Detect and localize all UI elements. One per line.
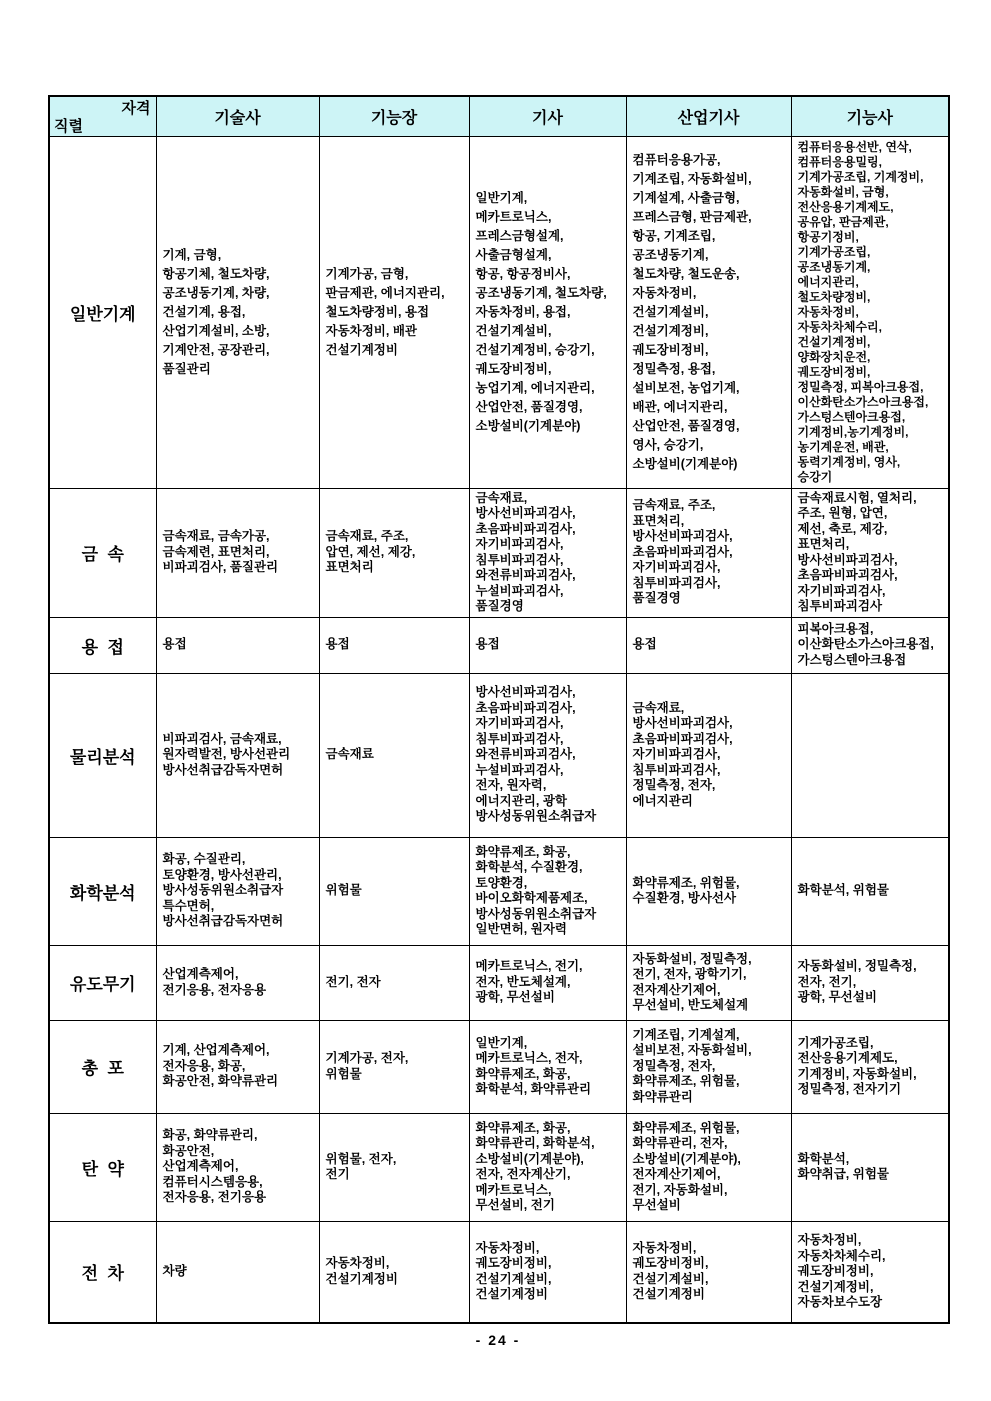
cell-gisa: 일반기계, 메카트로닉스, 전자, 화약류제조, 화공, 화학분석, 화약류관리: [469, 1020, 626, 1113]
cell-gisa: 화약류제조, 화공, 화학분석, 수질환경, 토양환경, 바이오화학제품제조, …: [469, 837, 626, 945]
cell-gineungsa: 화학분석, 화약취급, 위험물: [791, 1113, 949, 1221]
cell-saneopgisa: 자동화설비, 정밀측정, 전기, 전자, 광학기기, 전자계산기제어, 무선설비…: [626, 945, 791, 1020]
corner-header-cell: 자격 직렬: [49, 96, 156, 136]
cell-gineungjang: 위험물, 전자, 전기: [319, 1113, 469, 1221]
cell-saneopgisa: 화약류제조, 위험물, 수질환경, 방사선사: [626, 837, 791, 945]
cell-saneopgisa: 컴퓨터응용가공, 기계조립, 자동화설비, 기계설계, 사출금형, 프레스금형,…: [626, 136, 791, 488]
cell-gisulsa: 화공, 수질관리, 토양환경, 방사선관리, 방사성동위원소취급자 특수면허, …: [156, 837, 319, 945]
cell-gineungsa: 자동화설비, 정밀측정, 전자, 전기, 광학, 무선설비: [791, 945, 949, 1020]
cell-gineungjang: 용접: [319, 617, 469, 673]
header-row: 자격 직렬 기술사 기능장 기사 산업기사 기능사: [49, 96, 949, 136]
cell-gisa: 화약류제조, 화공, 화약류관리, 화학분석, 소방설비(기계분야), 전자, …: [469, 1113, 626, 1221]
cell-gineungsa: [791, 673, 949, 837]
row-label: 물리분석: [49, 673, 156, 837]
cell-gineungjang: 자동차정비, 건설기계정비: [319, 1221, 469, 1323]
cell-gisa: 금속재료, 방사선비파괴검사, 초음파비파괴검사, 자기비파괴검사, 침투비파괴…: [469, 488, 626, 617]
row-label: 일반기계: [49, 136, 156, 488]
cell-gisulsa: 기계, 금형, 항공기체, 철도차량, 공조냉동기계, 차량, 건설기계, 용접…: [156, 136, 319, 488]
column-header-saneopgisa: 산업기사: [626, 96, 791, 136]
row-label: 전 차: [49, 1221, 156, 1323]
row-label: 유도무기: [49, 945, 156, 1020]
cell-gineungsa: 컴퓨터응용선반, 연삭, 컴퓨터응용밀링, 기계가공조립, 기계정비, 자동화설…: [791, 136, 949, 488]
document-page: 자격 직렬 기술사 기능장 기사 산업기사 기능사 일반기계 기계, 금형, 항…: [0, 0, 991, 1401]
table-row-ammunition: 탄 약 화공, 화약류관리, 화공안전, 산업계측제어, 컴퓨터시스템응용, 전…: [49, 1113, 949, 1221]
cell-gineungjang: 기계가공, 금형, 판금제관, 에너지관리, 철도차량정비, 용접 자동차정비,…: [319, 136, 469, 488]
cell-gineungjang: 위험물: [319, 837, 469, 945]
table-row-chemical-analysis: 화학분석 화공, 수질관리, 토양환경, 방사선관리, 방사성동위원소취급자 특…: [49, 837, 949, 945]
page-number: - 24 -: [48, 1332, 948, 1348]
cell-gisulsa: 차량: [156, 1221, 319, 1323]
table-row-guns: 총 포 기계, 산업계측제어, 전자응용, 화공, 화공안전, 화약류관리 기계…: [49, 1020, 949, 1113]
cell-gineungsa: 피복아크용접, 이산화탄소가스아크용접, 가스텅스텐아크용접: [791, 617, 949, 673]
row-label: 탄 약: [49, 1113, 156, 1221]
table-row-welding: 용 접 용접 용접 용접 용접 피복아크용접, 이산화탄소가스아크용접, 가스텅…: [49, 617, 949, 673]
table-row-guided-weapons: 유도무기 산업계측제어, 전기응용, 전자응용 전기, 전자 메카트로닉스, 전…: [49, 945, 949, 1020]
cell-gisulsa: 용접: [156, 617, 319, 673]
cell-gineungjang: 금속재료: [319, 673, 469, 837]
cell-saneopgisa: 금속재료, 주조, 표면처리, 방사선비파괴검사, 초음파비파괴검사, 자기비파…: [626, 488, 791, 617]
column-header-gineungjang: 기능장: [319, 96, 469, 136]
row-label: 총 포: [49, 1020, 156, 1113]
table-row-tank: 전 차 차량 자동차정비, 건설기계정비 자동차정비, 궤도장비정비, 건설기계…: [49, 1221, 949, 1323]
row-label: 화학분석: [49, 837, 156, 945]
cell-gisulsa: 산업계측제어, 전기응용, 전자응용: [156, 945, 319, 1020]
qualification-table: 자격 직렬 기술사 기능장 기사 산업기사 기능사 일반기계 기계, 금형, 항…: [48, 95, 950, 1324]
table-row-physics-analysis: 물리분석 비파괴검사, 금속재료, 원자력발전, 방사선관리 방사선취급감독자면…: [49, 673, 949, 837]
cell-gisa: 자동차정비, 궤도장비정비, 건설기계설비, 건설기계정비: [469, 1221, 626, 1323]
column-header-gisulsa: 기술사: [156, 96, 319, 136]
cell-gisulsa: 금속재료, 금속가공, 금속제련, 표면처리, 비파괴검사, 품질관리: [156, 488, 319, 617]
table-row-general-machinery: 일반기계 기계, 금형, 항공기체, 철도차량, 공조냉동기계, 차량, 건설기…: [49, 136, 949, 488]
corner-label-job-series: 직렬: [54, 115, 83, 136]
cell-gisulsa: 비파괴검사, 금속재료, 원자력발전, 방사선관리 방사선취급감독자면허: [156, 673, 319, 837]
row-label: 용 접: [49, 617, 156, 673]
cell-gisulsa: 기계, 산업계측제어, 전자응용, 화공, 화공안전, 화약류관리: [156, 1020, 319, 1113]
cell-gineungjang: 기계가공, 전자, 위험물: [319, 1020, 469, 1113]
cell-gisa: 방사선비파괴검사, 초음파비파괴검사, 자기비파괴검사, 침투비파괴검사, 와전…: [469, 673, 626, 837]
cell-gisa: 일반기계, 메카트로닉스, 프레스금형설계, 사출금형설계, 항공, 항공정비사…: [469, 136, 626, 488]
corner-label-qualification: 자격: [122, 97, 151, 118]
cell-gineungsa: 기계가공조립, 전산응용기계제도, 기계정비, 자동화설비, 정밀측정, 전자기…: [791, 1020, 949, 1113]
cell-gineungjang: 금속재료, 주조, 압연, 제선, 제강, 표면처리: [319, 488, 469, 617]
column-header-gineungsa: 기능사: [791, 96, 949, 136]
cell-gisulsa: 화공, 화약류관리, 화공안전, 산업계측제어, 컴퓨터시스템응용, 전자응용,…: [156, 1113, 319, 1221]
cell-gineungsa: 화학분석, 위험물: [791, 837, 949, 945]
row-label: 금 속: [49, 488, 156, 617]
cell-saneopgisa: 자동차정비, 궤도장비정비, 건설기계설비, 건설기계정비: [626, 1221, 791, 1323]
cell-gisa: 메카트로닉스, 전기, 전자, 반도체설계, 광학, 무선설비: [469, 945, 626, 1020]
cell-saneopgisa: 용접: [626, 617, 791, 673]
cell-saneopgisa: 금속재료, 방사선비파괴검사, 초음파비파괴검사, 자기비파괴검사, 침투비파괴…: [626, 673, 791, 837]
cell-gineungsa: 자동차정비, 자동차차체수리, 궤도장비정비, 건설기계정비, 자동차보수도장: [791, 1221, 949, 1323]
column-header-gisa: 기사: [469, 96, 626, 136]
cell-gineungsa: 금속재료시험, 열처리, 주조, 원형, 압연, 제선, 축로, 제강, 표면처…: [791, 488, 949, 617]
cell-gisa: 용접: [469, 617, 626, 673]
cell-saneopgisa: 기계조립, 기계설계, 설비보전, 자동화설비, 정밀측정, 전자, 화약류제조…: [626, 1020, 791, 1113]
cell-gineungjang: 전기, 전자: [319, 945, 469, 1020]
table-row-metal: 금 속 금속재료, 금속가공, 금속제련, 표면처리, 비파괴검사, 품질관리 …: [49, 488, 949, 617]
cell-saneopgisa: 화약류제조, 위험물, 화약류관리, 전자, 소방설비(기계분야), 전자계산기…: [626, 1113, 791, 1221]
